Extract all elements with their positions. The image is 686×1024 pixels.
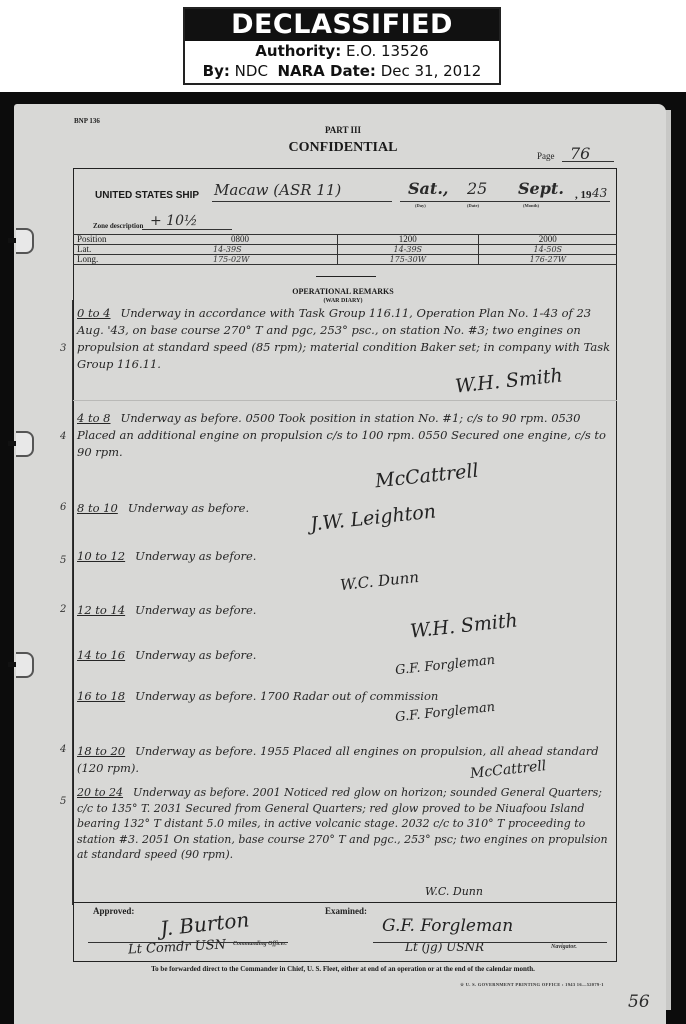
entry-text: Underway as before. <box>135 603 256 617</box>
remarks-subtitle: (WAR DIARY) <box>0 298 686 304</box>
lat-2000: 14-50S <box>478 245 617 255</box>
margin-number: 5 <box>60 796 66 807</box>
month-caption: (Month) <box>523 203 539 208</box>
lat-row: Lat. 14-39S 14-39S 14-50S <box>73 245 617 255</box>
remarks-entry: 0 to 4Underway in accordance with Task G… <box>77 305 612 373</box>
long-label: Long. <box>73 255 143 265</box>
remarks-entry: 16 to 18Underway as before. 1700 Radar o… <box>77 688 612 705</box>
entry-text: Underway as before. <box>128 501 249 515</box>
watch-label: 14 to 16 <box>77 648 125 662</box>
year-prefix: , 19 <box>575 189 592 201</box>
watch-label: 16 to 18 <box>77 689 125 703</box>
binder-clip-icon <box>16 652 34 678</box>
day-caption: (Day) <box>415 203 426 208</box>
long-0800: 175-02W <box>143 255 338 265</box>
margin-number: 4 <box>60 431 66 442</box>
zone-value: + 10½ <box>150 213 198 229</box>
position-header-row: Position 0800 1200 2000 <box>73 235 617 245</box>
watch-label: 0 to 4 <box>77 306 111 320</box>
ship-name: Macaw (ASR 11) <box>214 181 341 199</box>
watch-label: 4 to 8 <box>77 411 111 425</box>
printing-office-line: ☆ U. S. GOVERNMENT PRINTING OFFICE : 194… <box>460 982 604 988</box>
entry-text: Underway as before. 1700 Radar out of co… <box>135 689 438 703</box>
watch-label: 12 to 14 <box>77 603 125 617</box>
position-table: Position 0800 1200 2000 Lat. 14-39S 14-3… <box>73 234 617 265</box>
watch-label: 10 to 12 <box>77 549 125 563</box>
lat-0800: 14-39S <box>143 245 338 255</box>
form-code: BNP 136 <box>74 117 100 125</box>
margin-number: 6 <box>60 502 66 513</box>
lat-label: Lat. <box>73 245 143 255</box>
watch-label: 20 to 24 <box>77 786 123 799</box>
year-suffix: 43 <box>592 186 607 200</box>
divider <box>316 276 376 277</box>
remarks-entry: 14 to 16Underway as before. <box>77 647 612 664</box>
month-value: Sept. <box>518 179 564 198</box>
zone-underline <box>142 229 232 230</box>
zone-label: Zone description <box>93 222 143 230</box>
watch-label: 8 to 10 <box>77 501 118 515</box>
part-heading: PART III <box>0 125 686 135</box>
entry-text: Underway as before. <box>135 549 256 563</box>
binder-clip-icon <box>16 431 34 457</box>
nav-signature-line <box>373 942 607 943</box>
navigator-signature: G.F. Forgleman <box>382 916 513 936</box>
day-value: Sat., <box>408 179 448 198</box>
margin-number: 3 <box>60 343 66 354</box>
sheet-number: 56 <box>628 992 650 1012</box>
remarks-entry: 20 to 24Underway as before. 2001 Noticed… <box>77 785 612 863</box>
long-1200: 175-30W <box>338 255 479 265</box>
remarks-entry: 4 to 8Underway as before. 0500 Took posi… <box>77 410 612 461</box>
entry-text: Underway as before. 0500 Took position i… <box>77 411 606 459</box>
margin-number: 2 <box>60 604 66 615</box>
page-label: Page <box>537 151 555 161</box>
stamp-authority: Authority: E.O. 13526 <box>185 41 499 61</box>
approval-divider <box>73 902 617 903</box>
forwarding-note: To be forwarded direct to the Commander … <box>0 965 686 973</box>
margin-number: 5 <box>60 555 66 566</box>
approved-label: Approved: <box>93 906 134 916</box>
remarks-title: OPERATIONAL REMARKS <box>0 287 686 296</box>
watch-label: 18 to 20 <box>77 744 125 758</box>
ship-label: UNITED STATES SHIP <box>95 190 199 201</box>
officer-signature: W.C. Dunn <box>425 885 483 898</box>
binder-clip-icon <box>16 228 34 254</box>
entry-text: Underway as before. <box>135 648 256 662</box>
stamp-title: DECLASSIFIED <box>185 9 499 41</box>
long-2000: 176-27W <box>478 255 617 265</box>
date-caption: (Date) <box>467 203 479 208</box>
navigator-caption: Navigator. <box>551 944 577 950</box>
left-margin-rule <box>72 300 73 905</box>
examined-label: Examined: <box>325 906 367 916</box>
section-divider <box>73 400 617 401</box>
page-number: 76 <box>570 144 590 163</box>
time-1200-header: 1200 <box>338 235 479 245</box>
stamp-by-date: By: NDC NARA Date: Dec 31, 2012 <box>185 61 499 81</box>
time-0800-header: 0800 <box>143 235 338 245</box>
position-header: Position <box>73 235 143 245</box>
long-row: Long. 175-02W 175-30W 176-27W <box>73 255 617 265</box>
margin-number: 4 <box>60 744 66 755</box>
co-caption: Commanding Officer. <box>233 941 287 947</box>
entry-text: Underway as before. 2001 Noticed red glo… <box>77 786 608 861</box>
entry-text: Underway in accordance with Task Group 1… <box>77 306 610 371</box>
time-2000-header: 2000 <box>478 235 617 245</box>
date-value: 25 <box>467 179 487 198</box>
lat-1200: 14-39S <box>338 245 479 255</box>
remarks-entry: 12 to 14Underway as before. <box>77 602 612 619</box>
remarks-entry: 10 to 12Underway as before. <box>77 548 612 565</box>
declassified-stamp: DECLASSIFIED Authority: E.O. 13526 By: N… <box>183 7 501 85</box>
ship-underline <box>212 201 392 202</box>
date-underline <box>400 201 610 202</box>
